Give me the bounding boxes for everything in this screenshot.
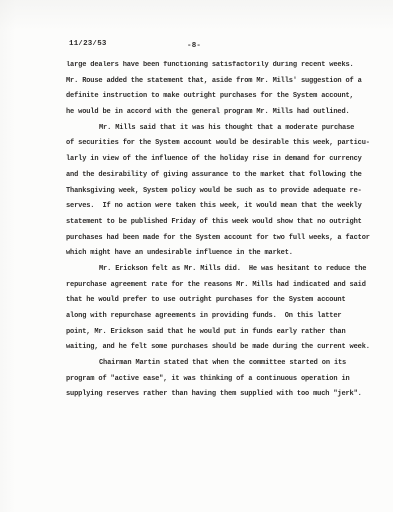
document-line: of securities for the System account wou… [66,136,388,152]
document-line: supplying reserves rather than having th… [66,387,388,403]
document-line: definite instruction to make outright pu… [66,89,388,105]
paragraph: Mr. Erickson felt as Mr. Mills did. He w… [66,262,388,356]
document-line: program of "active ease", it was thinkin… [66,372,388,388]
document-line: which might have an undesirable influenc… [66,246,388,262]
document-line: larly in view of the influence of the ho… [66,152,388,168]
document-line: Mr. Mills said that it was his thought t… [66,121,388,137]
paragraph: large dealers have been functioning sati… [66,58,388,121]
document-page: 11/23/53 -8- large dealers have been fun… [0,0,393,512]
page-number: -8- [187,42,201,50]
document-line: Thanksgiving week, System policy would b… [66,184,388,200]
document-line: repurchase agreement rate for the reason… [66,278,388,294]
document-line: Chairman Martin stated that when the com… [66,356,388,372]
document-line: point, Mr. Erickson said that he would p… [66,325,388,341]
document-line: waiting, and he felt some purchases shou… [66,340,388,356]
document-body: large dealers have been functioning sati… [66,58,388,403]
document-line: serves. If no action were taken this wee… [66,199,388,215]
paragraph: Chairman Martin stated that when the com… [66,356,388,403]
document-line: he would be in accord with the general p… [66,105,388,121]
document-header: 11/23/53 -8- [69,40,373,54]
document-line: large dealers have been functioning sati… [66,58,388,74]
document-line: and the desirability of giving assurance… [66,168,388,184]
document-line: purchases had been made for the System a… [66,231,388,247]
date-label: 11/23/53 [69,40,107,48]
document-line: along with repurchase agreements in prov… [66,309,388,325]
paragraph: Mr. Mills said that it was his thought t… [66,121,388,262]
document-line: Mr. Rouse added the statement that, asid… [66,74,388,90]
document-line: Mr. Erickson felt as Mr. Mills did. He w… [66,262,388,278]
document-line: that he would prefer to use outright pur… [66,293,388,309]
document-line: statement to be published Friday of this… [66,215,388,231]
